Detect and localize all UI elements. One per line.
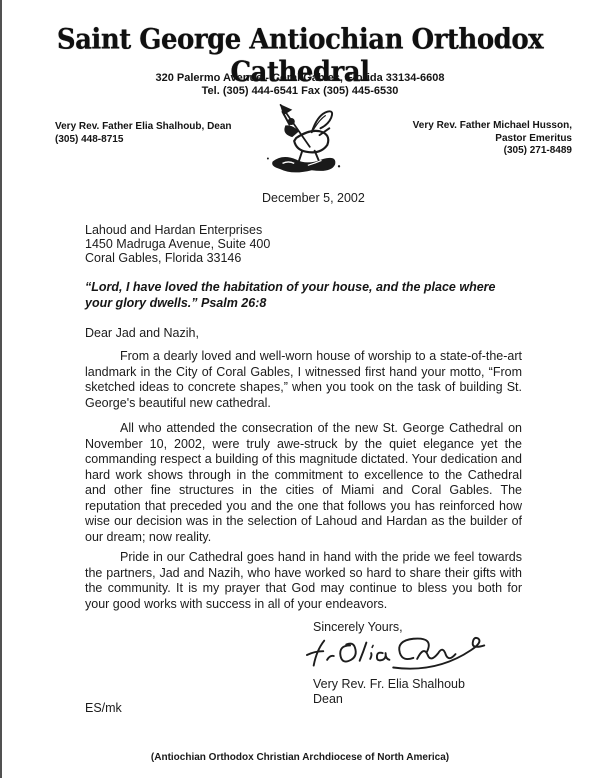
scripture-quote: “Lord, I have loved the habitation of yo… [85,280,525,311]
body-paragraph: Pride in our Cathedral goes hand in hand… [85,550,522,612]
clergy-right-name: Very Rev. Father Michael Husson, [413,120,572,133]
clergy-right-phone: (305) 271-8489 [413,145,572,158]
signature-name: Very Rev. Fr. Elia Shalhoub [313,677,465,693]
scanned-letter-page: Saint George Antiochian Orthodox Cathedr… [0,0,600,778]
recipient-address-block: Lahoud and Hardan Enterprises 1450 Madru… [85,223,270,265]
recipient-line: 1450 Madruga Avenue, Suite 400 [85,237,270,251]
letterhead-phone: Tel. (305) 444-6541 Fax (305) 445-6530 [0,85,600,97]
recipient-line: Lahoud and Hardan Enterprises [85,223,270,237]
clergy-right-title: Pastor Emeritus [413,133,572,146]
recipient-line: Coral Gables, Florida 33146 [85,251,270,265]
clergy-left-name: Very Rev. Father Elia Shalhoub, Dean [55,121,232,134]
clergy-left-phone: (305) 448-8715 [55,134,232,147]
clergy-block-right: Very Rev. Father Michael Husson, Pastor … [413,120,572,158]
clergy-block-left: Very Rev. Father Elia Shalhoub, Dean (30… [55,121,232,146]
st-george-emblem-icon [252,102,352,178]
footer-archdiocese-note: (Antiochian Orthodox Christian Archdioce… [0,752,600,763]
scan-edge-artifact [0,0,2,778]
letterhead-address: 320 Palermo Avenue - Coral Gables, Flori… [0,72,600,84]
body-paragraph: From a dearly loved and well-worn house … [85,349,522,411]
typist-initials: ES/mk [85,701,122,717]
letter-date: December 5, 2002 [262,191,365,207]
handwritten-signature-icon [298,633,498,679]
signature-title: Dean [313,692,343,708]
salutation: Dear Jad and Nazih, [85,326,199,342]
body-paragraph: All who attended the consecration of the… [85,421,522,545]
